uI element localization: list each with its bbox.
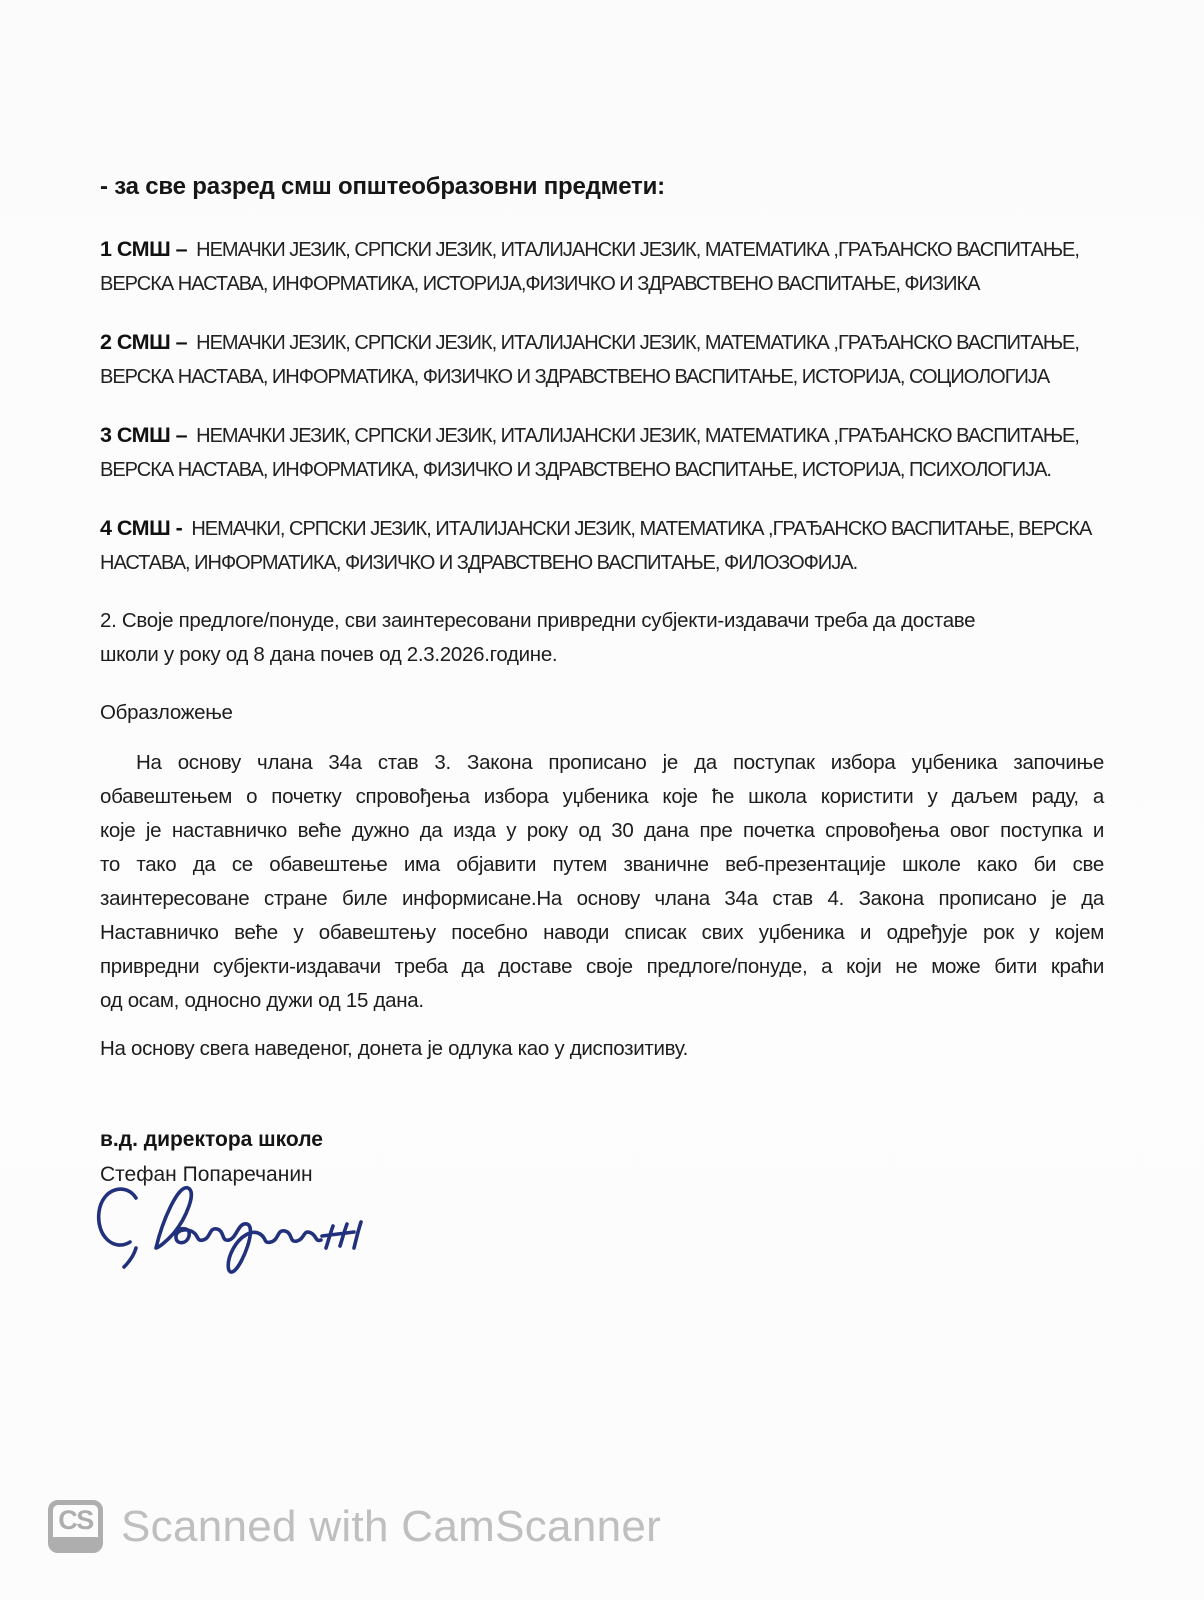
signer-role: в.д. директора школе <box>100 1122 1104 1157</box>
class-label: 3 СМШ – <box>100 423 187 447</box>
camscanner-watermark: CS Scanned with CamScanner <box>48 1500 661 1553</box>
explanation-paragraph: На основу члана 34а став 3. Закона пропи… <box>100 746 1104 1018</box>
class-subjects: НЕМАЧКИ ЈЕЗИК, СРПСКИ ЈЕЗИК, ИТАЛИЈАНСКИ… <box>196 332 1079 354</box>
class-subjects-line: НАСТАВА, ИНФОРМАТИКА, ФИЗИЧКО И ЗДРАВСТВ… <box>100 546 1104 580</box>
signer-name: Стефан Попаречанин <box>100 1157 1104 1192</box>
class-entry-4-smsh: 4 СМШ -НЕМАЧКИ, СРПСКИ ЈЕЗИК, ИТАЛИЈАНСК… <box>100 511 1104 580</box>
class-subjects-line: 4 СМШ -НЕМАЧКИ, СРПСКИ ЈЕЗИК, ИТАЛИЈАНСК… <box>100 511 1104 546</box>
class-subjects: НЕМАЧКИ ЈЕЗИК, СРПСКИ ЈЕЗИК, ИТАЛИЈАНСКИ… <box>196 425 1079 447</box>
paragraph-line: обавештењем о почетку спровођења избора … <box>100 780 1104 814</box>
document-body: - за све разред смш општеобразовни предм… <box>0 0 1204 1278</box>
class-subjects-line: 3 СМШ –НЕМАЧКИ ЈЕЗИК, СРПСКИ ЈЕЗИК, ИТАЛ… <box>100 418 1104 453</box>
paragraph-line: то тако да се обавештење има објавити пу… <box>100 848 1104 882</box>
paragraph-line: заинтересоване стране биле информисане.Н… <box>100 882 1104 916</box>
scanned-document-page: - за све разред смш општеобразовни предм… <box>0 0 1204 1600</box>
signature-block: в.д. директора школе Стефан Попаречанин <box>100 1122 1104 1278</box>
paragraph-line: које је наставничко веће дужно да изда у… <box>100 814 1104 848</box>
camscanner-icon: CS <box>48 1500 103 1553</box>
explanation-label: Образложење <box>100 696 1104 730</box>
class-subjects-line: 1 СМШ –НЕМАЧКИ ЈЕЗИК, СРПСКИ ЈЕЗИК, ИТАЛ… <box>100 232 1104 267</box>
class-label: 4 СМШ - <box>100 516 182 540</box>
handwritten-signature <box>90 1178 390 1278</box>
document-heading: - за све разред смш општеобразовни предм… <box>100 170 1104 204</box>
closing-line: На основу свега наведеног, донета је одл… <box>100 1032 1104 1066</box>
class-subjects-line: 2 СМШ –НЕМАЧКИ ЈЕЗИК, СРПСКИ ЈЕЗИК, ИТАЛ… <box>100 325 1104 360</box>
class-entry-3-smsh: 3 СМШ –НЕМАЧКИ ЈЕЗИК, СРПСКИ ЈЕЗИК, ИТАЛ… <box>100 418 1104 487</box>
class-subjects: НЕМАЧКИ, СРПСКИ ЈЕЗИК, ИТАЛИЈАНСКИ ЈЕЗИК… <box>191 518 1091 540</box>
paragraph-line: од осам, односно дужи од 15 дана. <box>100 984 1104 1018</box>
class-subjects: НЕМАЧКИ ЈЕЗИК, СРПСКИ ЈЕЗИК, ИТАЛИЈАНСКИ… <box>196 239 1079 261</box>
paragraph-line: школи у року од 8 дана почев од 2.3.2026… <box>100 638 1104 672</box>
class-label: 2 СМШ – <box>100 330 187 354</box>
class-entry-2-smsh: 2 СМШ –НЕМАЧКИ ЈЕЗИК, СРПСКИ ЈЕЗИК, ИТАЛ… <box>100 325 1104 394</box>
paragraph-line: На основу члана 34а став 3. Закона пропи… <box>100 746 1104 780</box>
paragraph-line: Наставничко веће у обавештењу посебно на… <box>100 916 1104 950</box>
class-subjects-line: ВЕРСКА НАСТАВА, ИНФОРМАТИКА, ФИЗИЧКО И З… <box>100 453 1104 487</box>
class-subjects-line: ВЕРСКА НАСТАВА, ИНФОРМАТИКА, ФИЗИЧКО И З… <box>100 360 1104 394</box>
paragraph-line: 2. Своје предлоге/понуде, сви заинтересо… <box>100 604 1104 638</box>
item-2-paragraph: 2. Своје предлоге/понуде, сви заинтересо… <box>100 604 1104 672</box>
camscanner-icon-bar <box>53 1537 98 1548</box>
watermark-text: Scanned with CamScanner <box>121 1502 661 1552</box>
class-label: 1 СМШ – <box>100 237 187 261</box>
class-subjects-line: ВЕРСКА НАСТАВА, ИНФОРМАТИКА, ИСТОРИЈА,ФИ… <box>100 267 1104 301</box>
class-entry-1-smsh: 1 СМШ –НЕМАЧКИ ЈЕЗИК, СРПСКИ ЈЕЗИК, ИТАЛ… <box>100 232 1104 301</box>
paragraph-line: привредни субјекти-издавачи треба да дос… <box>100 950 1104 984</box>
